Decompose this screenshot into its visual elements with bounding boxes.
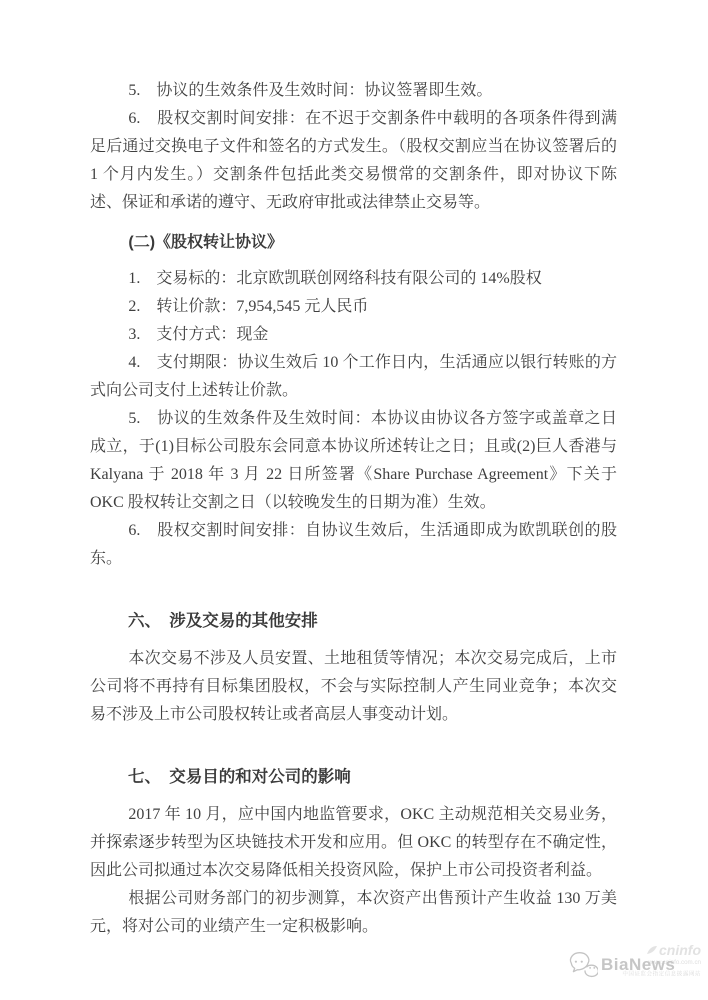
doc-list-item-1: 1. 交易标的：北京欧凯联创网络科技有限公司的 14%股权 <box>90 265 617 293</box>
watermark: cninfo www.cninfo.com.cn 中国证监会指定信息披露网站 B… <box>568 942 703 994</box>
bianews-brand-text: BiaNews <box>601 955 675 975</box>
doc-list-item-2: 2. 转让价款：7,954,545 元人民币 <box>90 293 617 321</box>
doc-list-item-5b: 5. 协议的生效条件及生效时间：本协议由协议各方签字或盖章之日成立，于(1)目标… <box>90 405 617 517</box>
bianews-watermark: BiaNews <box>568 952 675 978</box>
doc-list-item-6: 6. 股权交割时间安排：在不迟于交割条件中载明的各项条件得到满足后通过交换电子文… <box>90 105 617 217</box>
chat-bubbles-icon <box>568 952 598 978</box>
doc-list-item-4: 4. 支付期限：协议生效后 10 个工作日内，生活通应以银行转账的方式向公司支付… <box>90 349 617 405</box>
doc-list-item-6b: 6. 股权交割时间安排：自协议生效后，生活通即成为欧凯联创的股东。 <box>90 517 617 573</box>
doc-heading-section-6: 六、 涉及交易的其他安排 <box>90 607 617 635</box>
doc-paragraph-other-arrangements: 本次交易不涉及人员安置、土地租赁等情况；本次交易完成后，上市公司将不再持有目标集… <box>90 645 617 729</box>
doc-subheading-agreement-2: (二)《股权转让协议》 <box>90 229 617 257</box>
doc-paragraph-purpose-impact: 2017 年 10 月，应中国内地监管要求，OKC 主动规范相关交易业务，并探索… <box>90 801 617 885</box>
doc-list-item-3: 3. 支付方式：现金 <box>90 321 617 349</box>
doc-heading-section-7: 七、 交易目的和对公司的影响 <box>90 763 617 791</box>
document-body: 5. 协议的生效条件及生效时间：协议签署即生效。 6. 股权交割时间安排：在不迟… <box>90 77 617 941</box>
doc-list-item-5: 5. 协议的生效条件及生效时间：协议签署即生效。 <box>90 77 617 105</box>
document-page: 5. 协议的生效条件及生效时间：协议签署即生效。 6. 股权交割时间安排：在不迟… <box>0 0 708 1000</box>
doc-paragraph-financial-estimate: 根据公司财务部门的初步测算，本次资产出售预计产生收益 130 万美元，将对公司的… <box>90 885 617 941</box>
